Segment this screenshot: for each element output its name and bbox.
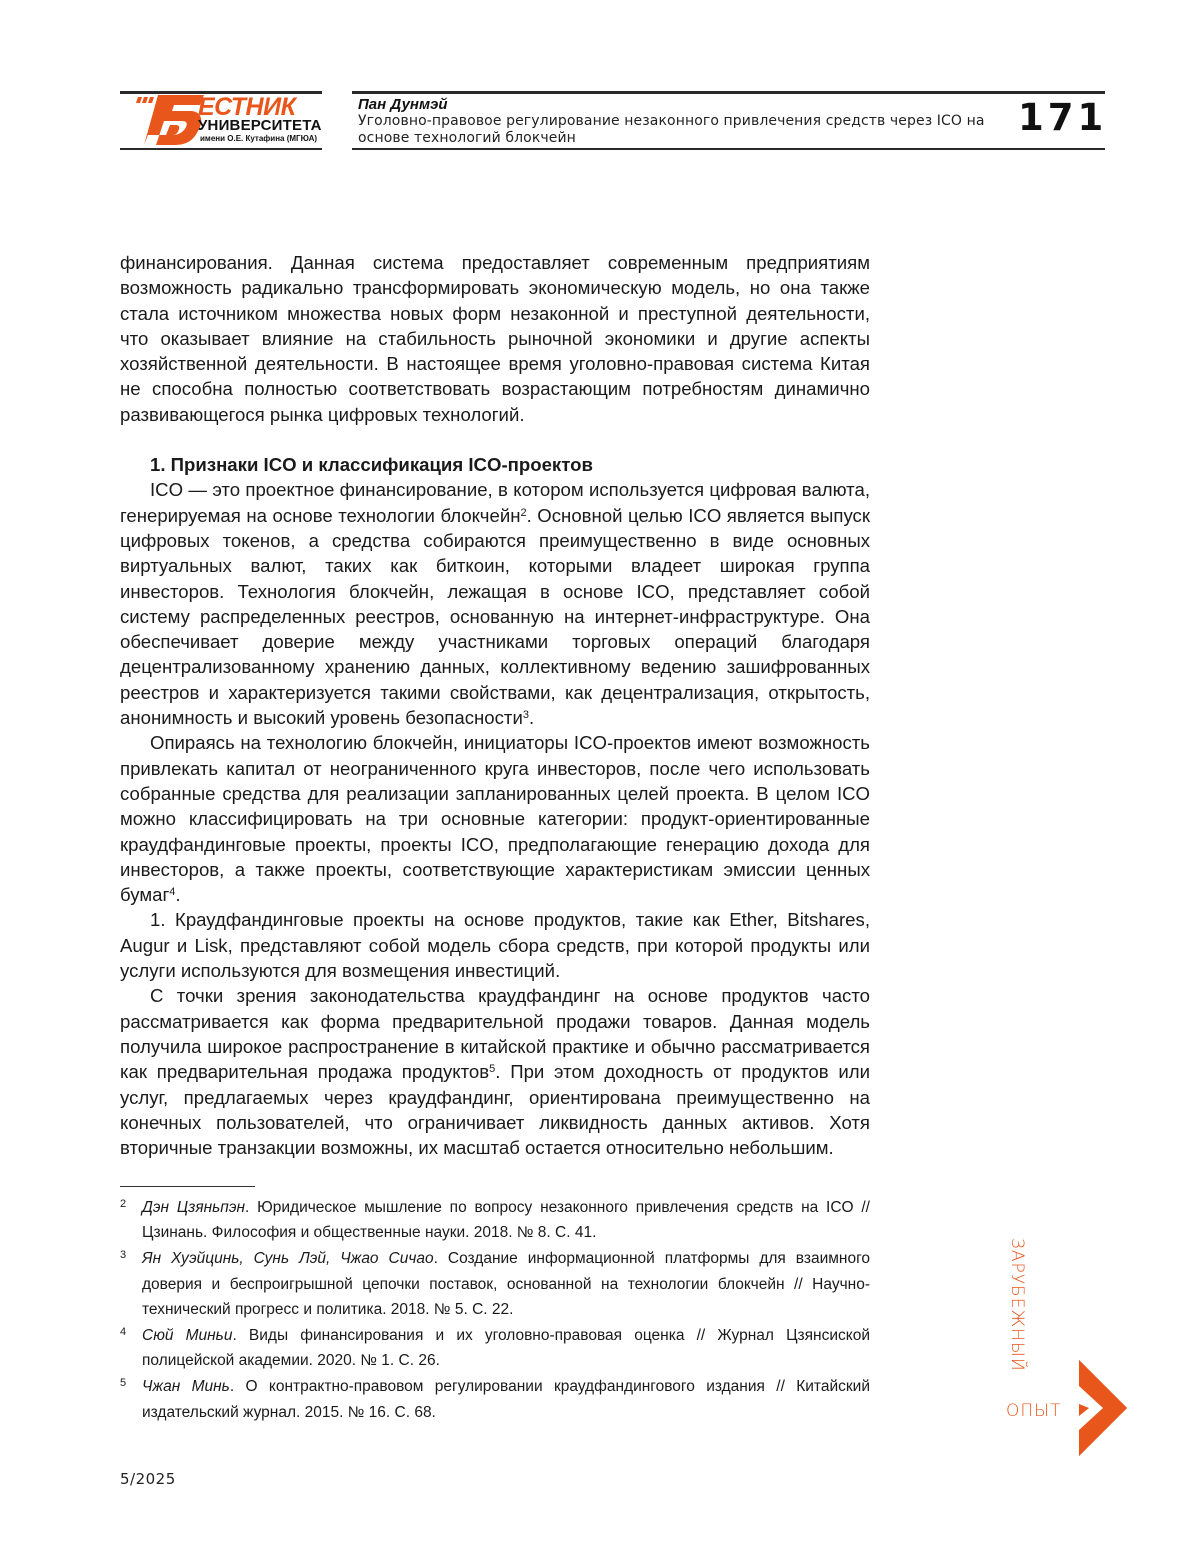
page-number: 171 (1018, 96, 1107, 140)
logo-v-letter-icon (136, 93, 206, 147)
paragraph: 1. Краудфандинговые проекты на основе пр… (120, 907, 870, 983)
paragraph: С точки зрения законодательства краудфан… (120, 983, 870, 1160)
paragraph: Опираясь на технологию блокчейн, инициат… (120, 730, 870, 907)
footnote-text: . Виды финансирования и их уголовно-прав… (142, 1327, 870, 1369)
footnote-text: . О контрактно-правовом регулировании кр… (142, 1378, 870, 1420)
footnote: 2Дэн Цзяньпэн. Юридическое мышление по в… (120, 1195, 870, 1245)
rubric-label-line1: ЗАРУБЕЖНЫЙ (1006, 1238, 1028, 1372)
logo-affiliation: имени О.Е. Кутафина (МГЮА) (200, 134, 317, 144)
paragraph-text: . (175, 884, 180, 905)
footnote-authors: Дэн Цзяньпэн (142, 1199, 245, 1216)
footnote-authors: Ян Хуэйцинь, Сунь Лэй, Чжао Сичао (142, 1250, 434, 1267)
paragraph-text: . Основной целью ICO является выпуск циф… (120, 505, 870, 728)
rubric-label-line2: ОПЫТ (1006, 1400, 1062, 1422)
footnote-number: 2 (120, 1192, 126, 1217)
footnote-number: 4 (120, 1320, 126, 1345)
footnote-authors: Чжан Минь (142, 1378, 230, 1395)
arrow-right-icon (1075, 1360, 1130, 1460)
running-head-title: Уголовно-правовое регулирование незаконн… (358, 113, 1008, 147)
section-heading: 1. Признаки ICO и классификация ICO-прое… (120, 452, 870, 477)
footnote-authors: Сюй Миньи (142, 1327, 232, 1344)
paragraph-text: Опираясь на технологию блокчейн, инициат… (120, 732, 870, 905)
footnote: 4Сюй Миньи. Виды финансирования и их уго… (120, 1323, 870, 1373)
article-body: финансирования. Данная система предостав… (120, 250, 870, 1160)
footnote: 5Чжан Минь. О контрактно-правовом регули… (120, 1374, 870, 1424)
footnotes: 2Дэн Цзяньпэн. Юридическое мышление по в… (120, 1195, 870, 1426)
issue-number: 5/2025 (120, 1470, 176, 1488)
paragraph: ICO — это проектное финансирование, в ко… (120, 477, 870, 730)
header-rule-bottom (120, 148, 1105, 150)
journal-logo: ЕСТНИК УНИВЕРСИТЕТА имени О.Е. Кутафина … (118, 93, 328, 147)
footnote-number: 3 (120, 1243, 126, 1268)
footnote-number: 5 (120, 1371, 126, 1396)
running-head-author: Пан Дунмэй (358, 96, 448, 114)
paragraph: финансирования. Данная система предостав… (120, 250, 870, 427)
logo-subtitle: УНИВЕРСИТЕТА (198, 118, 322, 134)
footnote: 3Ян Хуэйцинь, Сунь Лэй, Чжао Сичао. Созд… (120, 1246, 870, 1322)
footnote-text: . Юридическое мышление по вопросу незако… (142, 1199, 870, 1241)
footnote-separator (120, 1186, 255, 1187)
paragraph-text: . (529, 707, 534, 728)
